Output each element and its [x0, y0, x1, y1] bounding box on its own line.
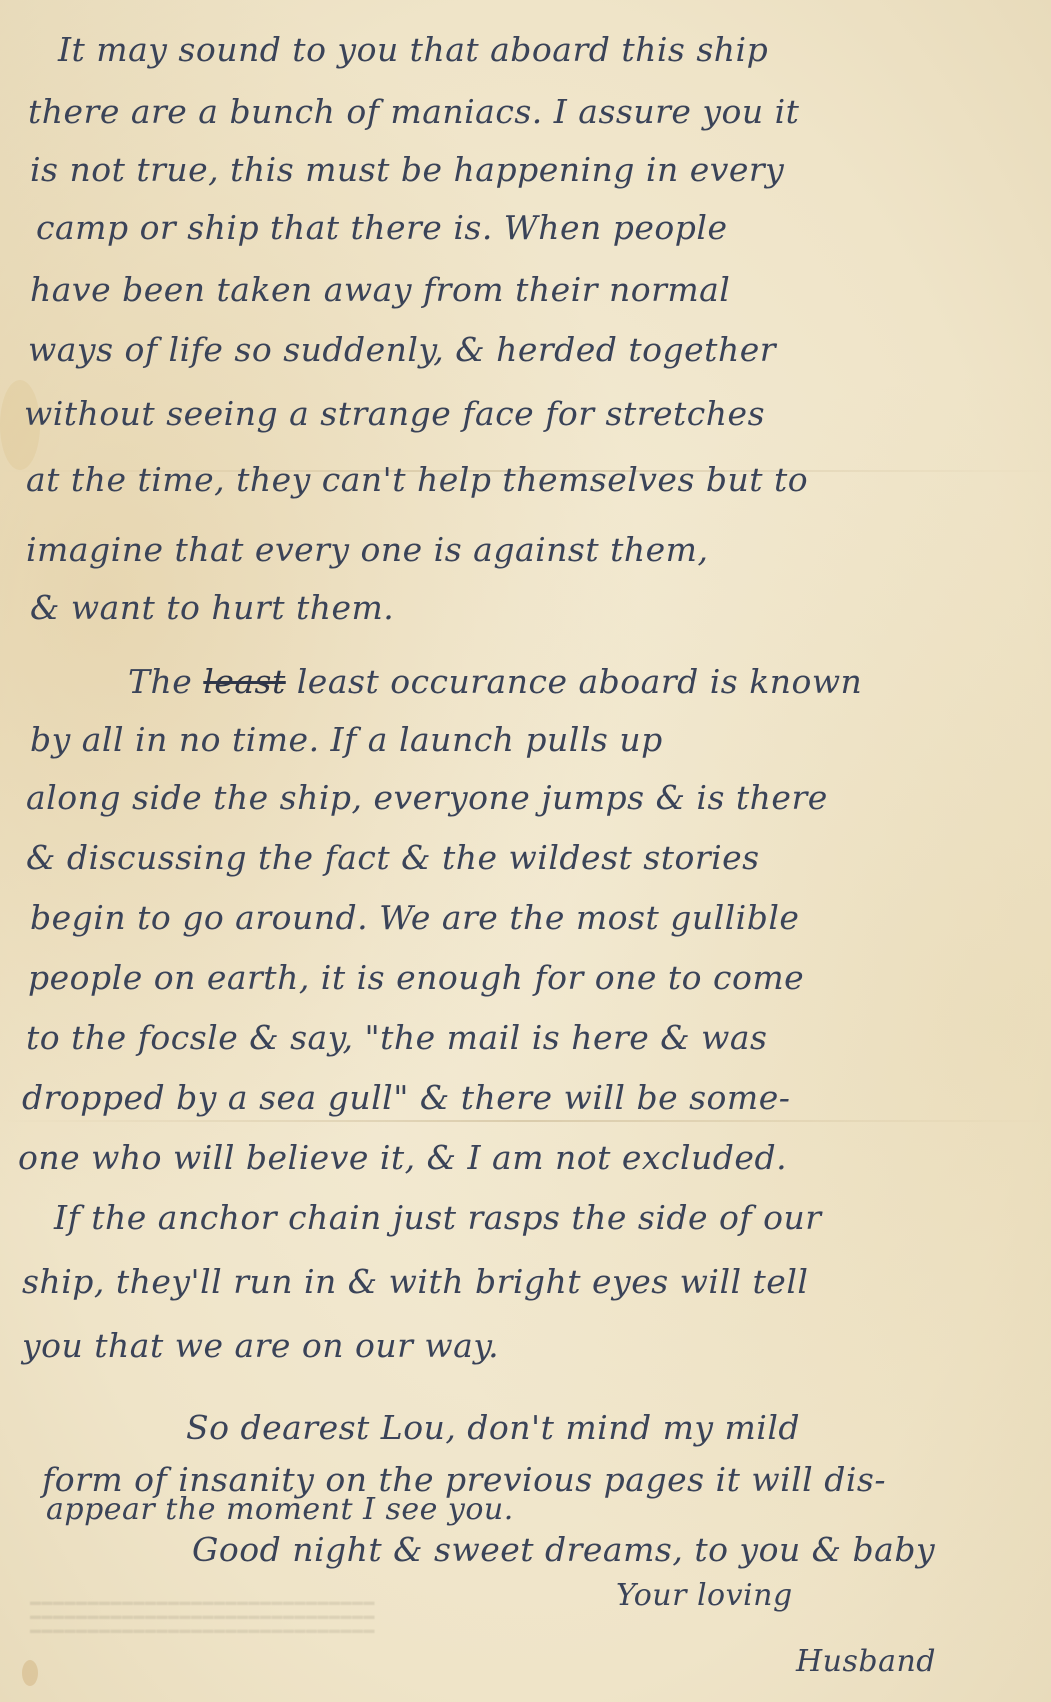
signature: Husband: [796, 1644, 936, 1679]
letter-line: to the focsle & say, "the mail is here &…: [26, 1018, 768, 1057]
letter-line: along side the ship, everyone jumps & is…: [26, 778, 828, 817]
letter-line: ship, they'll run in & with bright eyes …: [22, 1262, 808, 1301]
letter-line: people on earth, it is enough for one to…: [28, 958, 804, 997]
letter-line: If the anchor chain just rasps the side …: [54, 1198, 822, 1237]
paper-fold-line: [0, 1120, 1051, 1122]
letter-line: dropped by a sea gull" & there will be s…: [22, 1078, 790, 1117]
letter-line: It may sound to you that aboard this shi…: [58, 30, 768, 69]
letter-line: one who will believe it, & I am not excl…: [18, 1138, 787, 1177]
letter-line: appear the moment I see you.: [46, 1492, 514, 1527]
letter-line: there are a bunch of maniacs. I assure y…: [28, 92, 799, 131]
letter-line-with-strikethrough: The leastThe least occurance aboard is k…: [128, 662, 862, 701]
paper-stain: [22, 1660, 38, 1686]
letter-line: Good night & sweet dreams, to you & baby: [192, 1530, 935, 1569]
valediction: Your loving: [616, 1578, 793, 1613]
letter-line: & want to hurt them.: [30, 588, 394, 627]
letter-line: at the time, they can't help themselves …: [26, 460, 808, 499]
letter-line: imagine that every one is against them,: [26, 530, 708, 569]
letter-line: you that we are on our way.: [22, 1326, 499, 1365]
letter-line: So dearest Lou, don't mind my mild: [186, 1408, 800, 1447]
letter-line: have been taken away from their normal: [30, 270, 730, 309]
letter-line: begin to go around. We are the most gull…: [30, 898, 799, 937]
letter-line: without seeing a strange face for stretc…: [24, 394, 765, 433]
letter-line: by all in no time. If a launch pulls up: [30, 720, 663, 759]
letter-page: ▬▬▬▬▬▬▬▬▬▬▬▬▬▬▬▬▬▬▬▬▬▬▬▬▬▬▬▬▬▬ ▬▬▬▬▬▬▬▬▬…: [0, 0, 1051, 1702]
bleed-through-print: ▬▬▬▬▬▬▬▬▬▬▬▬▬▬▬▬▬▬▬▬▬▬▬▬▬▬▬▬▬▬ ▬▬▬▬▬▬▬▬▬…: [30, 1595, 1020, 1637]
letter-line: camp or ship that there is. When people: [36, 208, 727, 247]
letter-line: & discussing the fact & the wildest stor…: [26, 838, 760, 877]
struck-word: least: [203, 662, 285, 701]
letter-line: ways of life so suddenly, & herded toget…: [28, 330, 776, 369]
letter-line: is not true, this must be happening in e…: [30, 150, 784, 189]
